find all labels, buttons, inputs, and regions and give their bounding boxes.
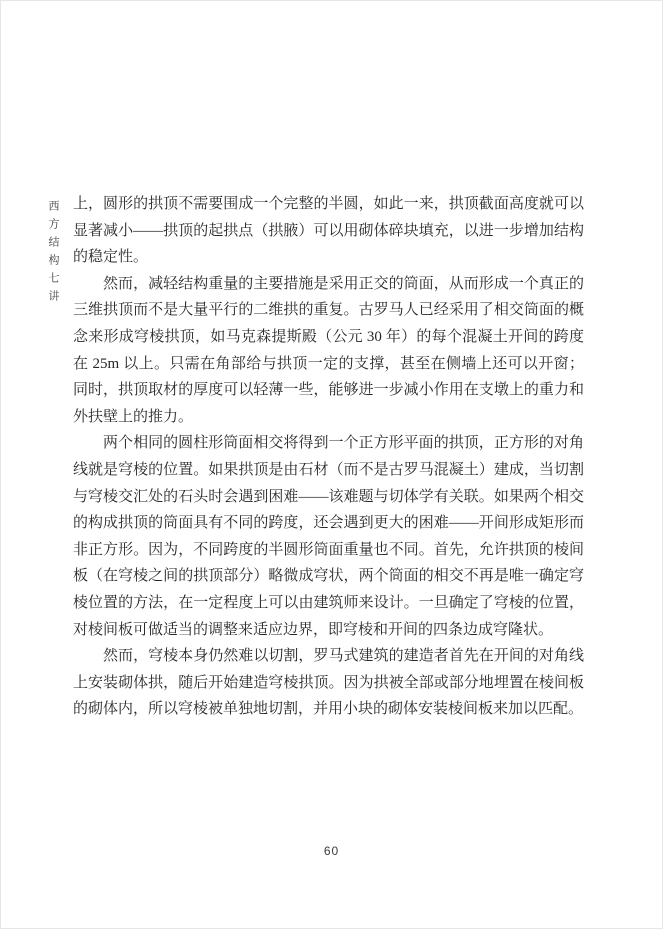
paragraph-4: 然而，穹棱本身仍然难以切割，罗马式建筑的建造者首先在开间的对角线上安装砌体拱，随… [73, 643, 584, 723]
paragraph-3: 两个相同的圆柱形筒面相交将得到一个正方形平面的拱顶，正方形的对角线就是穹棱的位置… [73, 430, 584, 643]
paragraph-1: 上，圆形的拱顶不需要围成一个完整的半圆，如此一来，拱顶截面高度就可以显著减小——… [73, 191, 584, 271]
paragraph-2: 然而，减轻结构重量的主要措施是采用正交的筒面，从而形成一个真正的三维拱顶而不是大… [73, 271, 584, 431]
body-text-block: 上，圆形的拱顶不需要围成一个完整的半圆，如此一来，拱顶截面高度就可以显著减小——… [73, 191, 584, 723]
spine-title: 西方结构七讲 [45, 200, 61, 308]
page-number: 60 [1, 844, 662, 858]
book-page: 西方结构七讲 上，圆形的拱顶不需要围成一个完整的半圆，如此一来，拱顶截面高度就可… [0, 0, 663, 929]
